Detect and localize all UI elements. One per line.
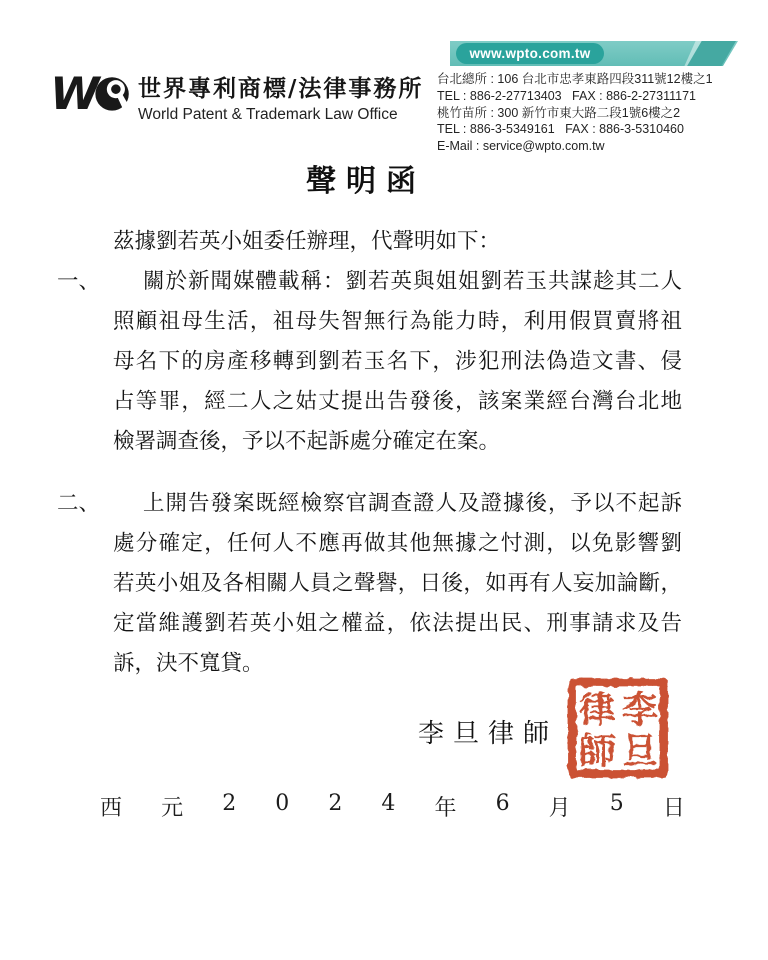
red-seal-stamp-icon: 李 旦 律 師 [566, 676, 670, 780]
scanned-letter-page: W 世界專利商標/法律事務所 World Patent & Trademark … [0, 0, 768, 960]
item-1-line: 照顧祖母生活，祖母失智無行為能力時，利用假買賣將祖 [113, 302, 682, 342]
item-1-line: 檢署調查後，予以不起訴處分確定在案。 [113, 422, 682, 462]
date-token: 2 [328, 791, 342, 822]
firm-name-zh: 世界專利商標/法律事務所 [138, 70, 423, 103]
document-title: 聲明函 [0, 156, 722, 200]
contact-line-taipei-address: 台北總所 : 106 台北市忠孝東路四段311號12樓之1 [437, 71, 713, 88]
item-1-line: 關於新聞媒體載稱：劉若英與姐姐劉若玉共謀趁其二人 [113, 262, 682, 302]
date-token: 日 [663, 791, 685, 822]
item-2-marker: 二、 [57, 484, 113, 524]
contact-line-taipei-tel-fax: TEL : 886-2-27713403 FAX : 886-2-2731117… [437, 88, 713, 105]
date-line: 西 元 2 0 2 4 年 6 月 5 日 [100, 791, 685, 822]
date-token: 西 [100, 791, 122, 822]
seal-char: 旦 [622, 729, 658, 772]
contact-line-hsinchu-address: 桃竹苗所 : 300 新竹市東大路二段1號6樓之2 [437, 105, 713, 122]
website-banner: www.wpto.com.tw [450, 41, 738, 66]
svg-text:W: W [52, 68, 102, 118]
date-token: 年 [435, 791, 457, 822]
date-token: 6 [496, 791, 510, 822]
statement-item-1: 一、 關於新聞媒體載稱：劉若英與姐姐劉若玉共謀趁其二人 照顧祖母生活，祖母失智無… [85, 262, 682, 462]
date-token: 0 [275, 791, 289, 822]
item-2-line: 若英小姐及各相關人員之聲譽，日後，如再有人妄加論斷， [113, 564, 682, 604]
contact-block: 台北總所 : 106 台北市忠孝東路四段311號12樓之1 TEL : 886-… [437, 71, 713, 155]
seal-char: 師 [579, 729, 615, 772]
statement-item-2: 二、 上開告發案既經檢察官調查證人及證據後，予以不起訴 處分確定，任何人不應再做… [85, 484, 682, 684]
date-token: 月 [549, 791, 571, 822]
signature-block: 李旦律師 李 旦 律 師 [418, 676, 670, 780]
intro-line: 茲據劉若英小姐委任辦理，代聲明如下： [85, 222, 682, 262]
firm-names: 世界專利商標/法律事務所 World Patent & Trademark La… [138, 70, 423, 124]
contact-line-hsinchu-tel-fax: TEL : 886-3-5349161 FAX : 886-3-5310460 [437, 121, 713, 138]
contact-line-email: E-Mail : service@wpto.com.tw [437, 138, 713, 155]
website-url-badge: www.wpto.com.tw [456, 43, 604, 64]
item-1-marker: 一、 [57, 262, 113, 302]
lawyer-name: 李旦律師 [418, 713, 558, 780]
firm-name-en: World Patent & Trademark Law Office [138, 106, 423, 124]
item-2-line: 定當維護劉若英小姐之權益，依法提出民、刑事請求及告 [113, 604, 682, 644]
date-token: 2 [222, 791, 236, 822]
item-2-line: 處分確定，任何人不應再做其他無據之忖測，以免影響劉 [113, 524, 682, 564]
item-2-line: 上開告發案既經檢察官調查證人及證據後，予以不起訴 [113, 484, 682, 524]
seal-char: 李 [622, 688, 658, 731]
date-token: 4 [381, 791, 395, 822]
item-1-line: 母名下的房產移轉到劉若玉名下，涉犯刑法偽造文書、侵 [113, 342, 682, 382]
date-token: 元 [161, 791, 183, 822]
letter-body: 茲據劉若英小姐委任辦理，代聲明如下： 一、 關於新聞媒體載稱：劉若英與姐姐劉若玉… [85, 222, 682, 684]
item-1-line: 占等罪，經二人之姑丈提出告發後，該案業經台灣台北地 [113, 382, 682, 422]
wpto-logo-icon: W [52, 68, 134, 118]
date-token: 5 [610, 791, 624, 822]
seal-char: 律 [579, 688, 616, 731]
